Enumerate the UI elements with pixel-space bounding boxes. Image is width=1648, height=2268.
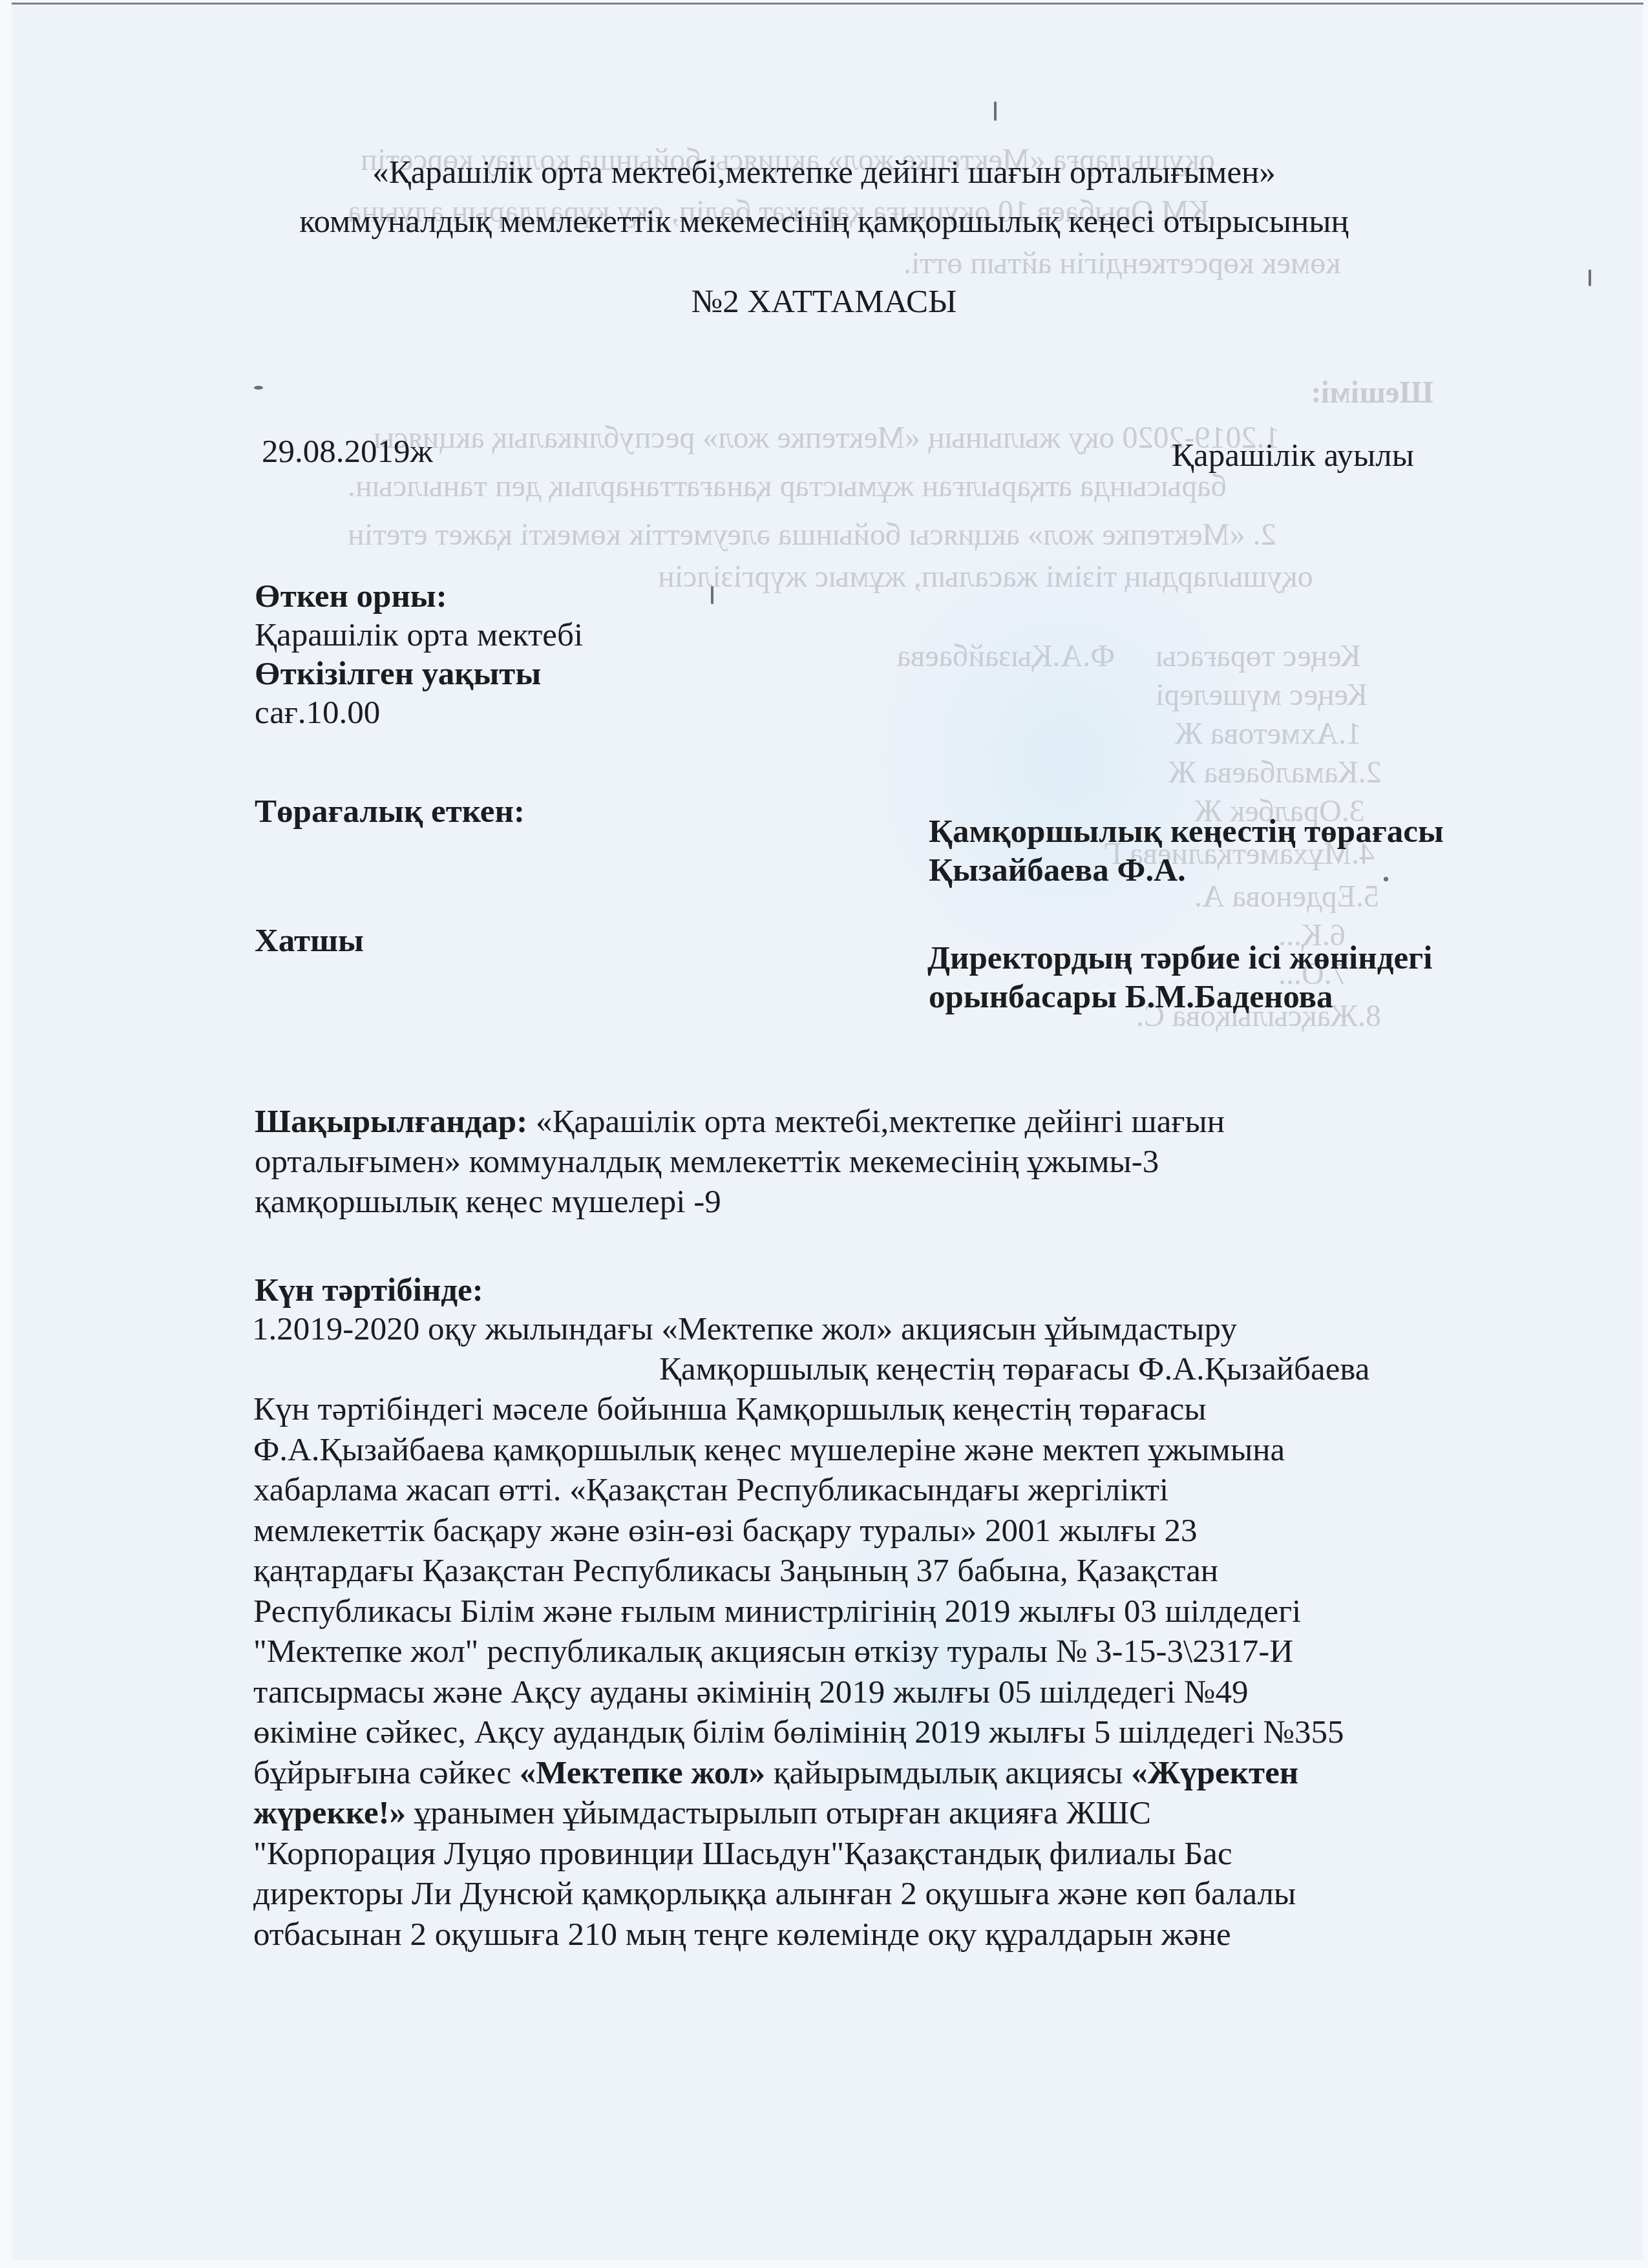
body-line: отбасынан 2 оқушыға 210 мың теңге көлемі…: [253, 1915, 1481, 1955]
bleed-through-signature: 1.Ахметова Ж: [1175, 714, 1362, 754]
campaign-slogan-part2: жүрекке!»: [253, 1795, 406, 1831]
body-line: қаңтардағы Қазақстан Республикасы Заңыны…: [253, 1551, 1481, 1591]
meeting-date: 29.08.2019ж: [262, 432, 433, 472]
document-title-line1: «Қарашілік орта мектебі,мектепке дейінгі…: [0, 152, 1648, 193]
bleed-through-line: 1.2019-2020 оқу жылының «Мектепке жол» р…: [374, 418, 1280, 458]
chair-name: Қызайбаева Ф.А.: [929, 850, 1186, 890]
venue-label: Өткен орны:: [255, 576, 447, 616]
bleed-through-signature: 5.Ерденова А.: [1194, 877, 1379, 917]
body-line: Ф.А.Қызайбаева қамқоршылық кеңес мүшелер…: [253, 1430, 1481, 1471]
invited-line2: орталығымен» коммуналдық мемлекеттік мек…: [255, 1142, 1159, 1182]
scan-speck: [254, 386, 263, 390]
document-title-line2: коммуналдық мемлекеттік мекемесінің қамқ…: [0, 202, 1648, 242]
bleed-through-line: көмек көрсеткендігін айтып өтті.: [903, 244, 1341, 284]
venue-value: Қарашілік орта мектебі: [255, 615, 583, 655]
body-line: директоры Ли Дунсюй қамқорлыққа алынған …: [253, 1874, 1481, 1915]
body-line: бұйрығына сәйкес «Мектепке жол» қайырымд…: [253, 1753, 1481, 1794]
invited-text: «Қарашілік орта мектебі,мектепке дейінгі…: [527, 1104, 1225, 1140]
secretary-name: орынбасары Б.М.Баденова: [929, 977, 1333, 1017]
scan-speck: [994, 101, 997, 121]
body-line: мемлекеттік басқару және өзін-өзі басқар…: [253, 1511, 1481, 1551]
minutes-body: Күн тәртібіндегі мәселе бойынша Қамқоршы…: [253, 1389, 1481, 1955]
village-name: Қарашілік ауылы: [1172, 436, 1414, 476]
bleed-through-signature: 2.Камалбаева Ж: [1168, 753, 1382, 793]
agenda-item-1: 1.2019-2020 оқу жылындағы «Мектепке жол»…: [252, 1309, 1237, 1349]
bleed-through-line: оқушылардың тізімі жасалып, жұмыс жүргіз…: [658, 557, 1313, 597]
body-line: "Мектепке жол" республикалық акциясын өт…: [253, 1632, 1481, 1672]
body-line: "Корпорация Луцяо провинции Шасьдун"Қаза…: [253, 1834, 1481, 1874]
body-line: Республикасы Білім және ғылым министрліг…: [253, 1591, 1481, 1632]
time-label: Өткізілген уақыты: [255, 654, 541, 694]
protocol-title: №2 ХАТТАМАСЫ: [0, 282, 1648, 322]
body-line: өкіміне сәйкес, Ақсу аудандық білім бөлі…: [253, 1712, 1481, 1753]
campaign-slogan-part1: «Жүректен: [1131, 1755, 1298, 1791]
bleed-through-line: 2. «Мектепке жол» акциясы бойынша әлеуме…: [348, 515, 1276, 555]
body-line: Күн тәртібіндегі мәселе бойынша Қамқоршы…: [253, 1389, 1481, 1430]
scan-speck: [1384, 877, 1388, 881]
body-text-span: бұйрығына сәйкес: [253, 1755, 520, 1791]
invited-line3: қамқоршылық кеңес мүшелері -9: [255, 1182, 721, 1222]
bleed-through-line: Шешімі:: [1311, 373, 1433, 413]
body-text-span: ұранымен ұйымдастырылып отырған акцияға …: [406, 1795, 1151, 1831]
body-text-span: қайырымдылық акциясы: [765, 1755, 1131, 1791]
agenda-item-1-speaker: Қамқоршылық кеңестің төрағасы Ф.А.Қызайб…: [659, 1349, 1369, 1389]
invited-line1: Шақырылғандар: «Қарашілік орта мектебі,м…: [255, 1102, 1225, 1142]
secretary-title: Директордың тәрбие ісі жөніндегі: [927, 938, 1432, 978]
bleed-through-line: барысында атқарылған жұмыстар қанағаттан…: [348, 467, 1227, 507]
campaign-name: «Мектепке жол»: [520, 1755, 765, 1791]
time-value: сағ.10.00: [255, 693, 380, 733]
secretary-label: Хатшы: [255, 921, 364, 961]
body-line: хабарлама жасап өтті. «Қазақстан Республ…: [253, 1470, 1481, 1511]
agenda-label: Күн тәртібінде:: [255, 1270, 483, 1310]
chair-label: Төрағалық еткен:: [255, 792, 525, 832]
body-line: жүрекке!» ұранымен ұйымдастырылып отырға…: [253, 1793, 1481, 1834]
scan-speck: [711, 586, 713, 604]
invited-label: Шақырылғандар:: [255, 1104, 527, 1140]
chair-title: Қамқоршылық кеңестің төрағасы: [929, 812, 1444, 852]
body-line: тапсырмасы және Ақсу ауданы әкімінің 201…: [253, 1672, 1481, 1713]
bleed-through-signature: Кеңес төрағасы: [1156, 636, 1361, 677]
bleed-through-signature: Кеңес мүшелері: [1156, 675, 1368, 715]
bleed-through-signature: Ф.А.Қызайбаева: [897, 636, 1115, 677]
